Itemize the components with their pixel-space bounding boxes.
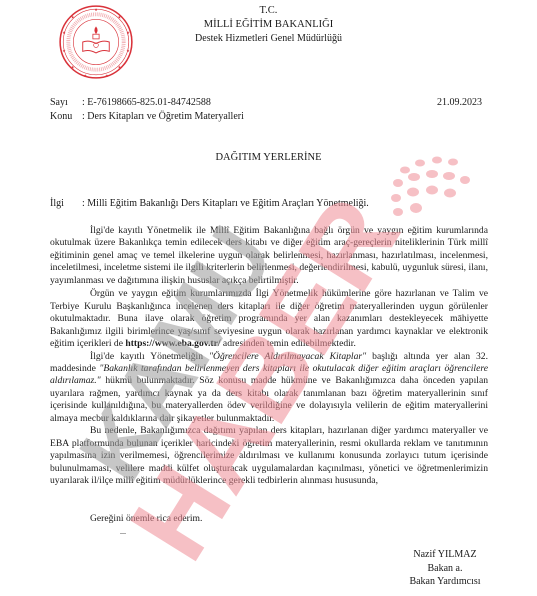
ilgi-value: : Milli Eğitim Bakanlığı Ders Kitapları …	[82, 198, 369, 209]
paragraph-2: Örgün ve yaygın eğitim kurumlarımızda İl…	[50, 288, 488, 350]
paragraph-3: İlgi'de kayıtlı Yönetmeliğin "Öğrenciler…	[50, 351, 488, 426]
svg-text:★: ★	[83, 74, 87, 78]
konu-row: Konu: Ders Kitapları ve Öğretim Materyal…	[50, 110, 244, 123]
konu-value: : Ders Kitapları ve Öğretim Materyalleri	[82, 111, 244, 122]
paragraph-1: İlgi'de kayıtlı Yönetmelik ile Millî Eği…	[50, 225, 488, 287]
sayi-value: : E-76198665-825.01-84742588	[82, 97, 211, 108]
letterhead-tc: T.C.	[0, 5, 537, 16]
document-date: 21.09.2023	[437, 97, 482, 108]
signatory-name: Nazif YILMAZ	[395, 548, 495, 562]
ilgi-label: İlgi	[50, 198, 82, 209]
letterhead-ministry: MİLLİ EĞİTİM BAKANLIĞI	[0, 19, 537, 30]
svg-text:★: ★	[105, 74, 109, 78]
konu-label: Konu	[50, 110, 82, 123]
closing-dots: ...	[120, 527, 126, 536]
quote-title: "Öğrencilere Aldırılmayacak Kitaplar"	[209, 351, 366, 362]
letter-body: İlgi'de kayıtlı Yönetmelik ile Millî Eği…	[50, 225, 488, 488]
svg-text:★: ★	[126, 49, 130, 53]
recipients-heading: DAĞITIM YERLERİNE	[0, 152, 537, 163]
sayi-row: Sayı: E-76198665-825.01-84742588	[50, 96, 211, 109]
paragraph-4: Bu nedenle, Bakanlığımızca dağıtımı yapı…	[50, 425, 488, 487]
ilgi-row: İlgi: Milli Eğitim Bakanlığı Ders Kitapl…	[50, 198, 369, 209]
svg-text:★: ★	[71, 66, 75, 70]
eba-link[interactable]: https://www.eba.gov.tr/	[125, 338, 220, 349]
sayi-label: Sayı	[50, 96, 82, 109]
svg-text:★: ★	[118, 66, 122, 70]
signature-block: Nazif YILMAZ Bakan a. Bakan Yardımcısı	[395, 548, 495, 589]
watermark-globe-dots-icon	[391, 157, 470, 217]
svg-text:★: ★	[62, 49, 66, 53]
letterhead-directorate: Destek Hizmetleri Genel Müdürlüğü	[0, 33, 537, 44]
signatory-title: Bakan Yardımcısı	[395, 575, 495, 589]
signatory-role: Bakan a.	[395, 562, 495, 576]
closing-line: Gereğini önemle rica ederim.	[90, 513, 202, 524]
